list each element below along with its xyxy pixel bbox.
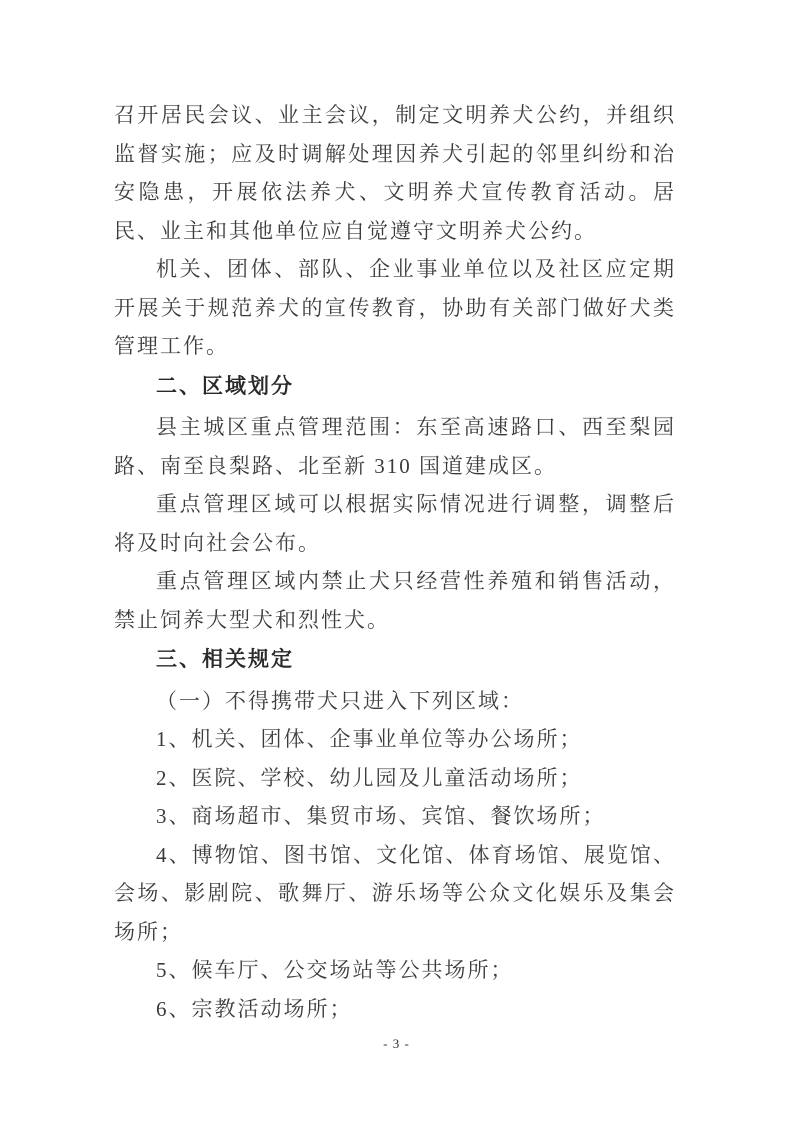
paragraph: 重点管理区域可以根据实际情况进行调整，调整后将及时向社会公布。	[114, 485, 676, 562]
page-footer: - 3 -	[0, 1036, 793, 1052]
document-body: 召开居民会议、业主会议，制定文明养犬公约，并组织监督实施；应及时调解处理因养犬引…	[114, 96, 676, 1028]
paragraph: 县主城区重点管理范围：东至高速路口、西至梨园路、南至良梨路、北至新 310 国道…	[114, 408, 676, 485]
sub-section-intro: （一）不得携带犬只进入下列区域：	[114, 682, 676, 721]
list-item: 4、博物馆、图书馆、文化馆、体育场馆、展览馆、会场、影剧院、歌舞厅、游乐场等公众…	[114, 836, 676, 952]
page-number: - 3 -	[383, 1036, 410, 1051]
list-item: 3、商场超市、集贸市场、宾馆、餐饮场所；	[114, 797, 676, 836]
paragraph: 重点管理区域内禁止犬只经营性养殖和销售活动，禁止饲养大型犬和烈性犬。	[114, 562, 676, 639]
list-item: 5、候车厅、公交场站等公共场所；	[114, 951, 676, 990]
document-page: 召开居民会议、业主会议，制定文明养犬公约，并组织监督实施；应及时调解处理因养犬引…	[0, 0, 793, 1122]
paragraph-continuation: 召开居民会议、业主会议，制定文明养犬公约，并组织监督实施；应及时调解处理因养犬引…	[114, 96, 676, 250]
list-item: 6、宗教活动场所；	[114, 990, 676, 1029]
paragraph: 机关、团体、部队、企业事业单位以及社区应定期开展关于规范养犬的宣传教育，协助有关…	[114, 250, 676, 366]
section-heading-region-division: 二、区域划分	[114, 368, 676, 407]
list-item: 2、医院、学校、幼儿园及儿童活动场所；	[114, 759, 676, 798]
section-heading-related-rules: 三、相关规定	[114, 641, 676, 680]
list-item: 1、机关、团体、企事业单位等办公场所；	[114, 720, 676, 759]
